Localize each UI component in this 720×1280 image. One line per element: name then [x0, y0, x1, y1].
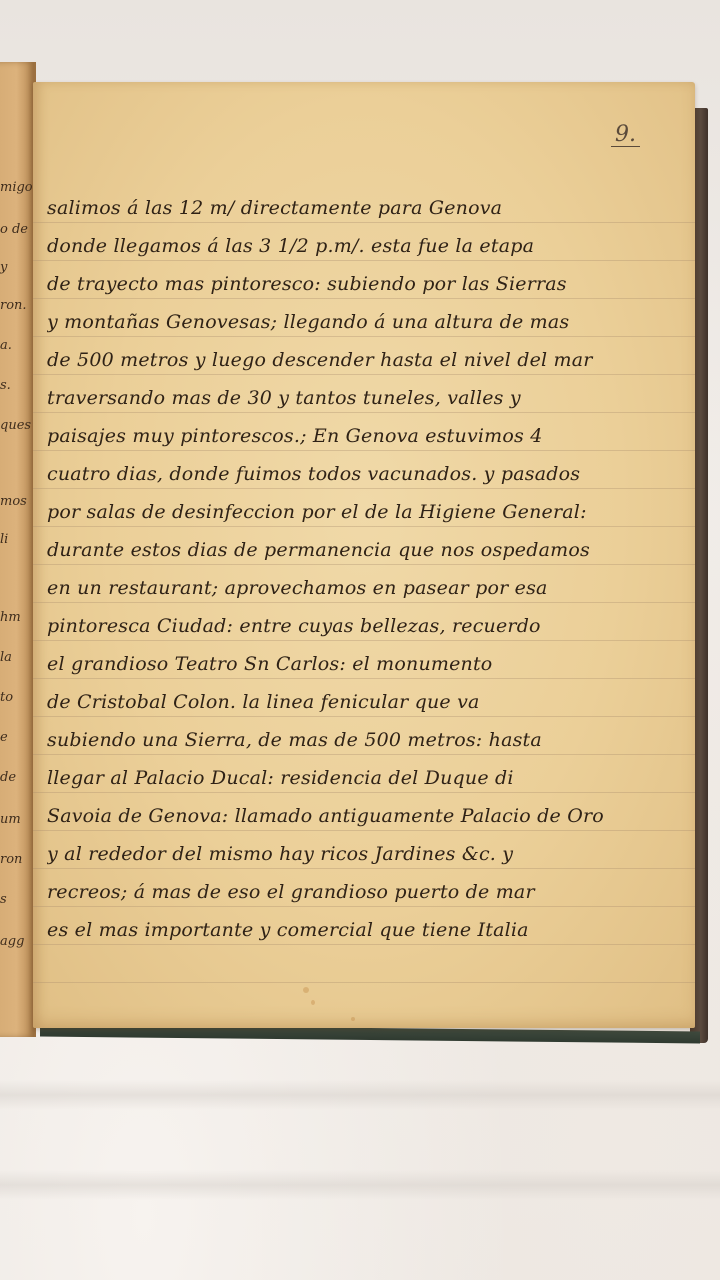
- handwritten-line: de Cristobal Colon. la linea fenicular q…: [47, 688, 687, 716]
- left-page-fragment: la: [0, 650, 36, 665]
- left-page-fragment: s: [0, 892, 36, 907]
- ruled-line: [33, 906, 695, 907]
- left-page-fragment: s.: [0, 378, 36, 393]
- handwritten-line: por salas de desinfeccion por el de la H…: [47, 498, 687, 526]
- ruled-line: [33, 526, 695, 527]
- paper-stain: [303, 987, 309, 993]
- left-page-fragment: de: [0, 770, 36, 785]
- handwritten-line: cuatro dias, donde fuimos todos vacunado…: [47, 460, 687, 488]
- left-page-fragment: a.: [0, 338, 36, 353]
- handwritten-line: de 500 metros y luego descender hasta el…: [47, 346, 687, 374]
- left-page-fragment: y: [0, 260, 36, 275]
- left-page-fragment: to: [0, 690, 36, 705]
- handwritten-line: donde llegamos á las 3 1/2 p.m/. esta fu…: [47, 232, 687, 260]
- left-page-edge: migo. o de y ron. a. s. ques mos li hm l…: [0, 62, 36, 1037]
- ruled-line: [33, 336, 695, 337]
- ruled-line: [33, 754, 695, 755]
- paper-stain: [311, 1000, 315, 1005]
- ruled-line: [33, 450, 695, 451]
- paper-stain: [351, 1017, 355, 1021]
- left-page-fragment: o de: [0, 222, 36, 237]
- handwritten-line: durante estos dias de permanencia que no…: [47, 536, 687, 564]
- ruled-line: [33, 792, 695, 793]
- left-page-fragment: agg: [0, 934, 36, 949]
- ruled-line: [33, 640, 695, 641]
- notebook-page: 9. salimos á las 12 m/ directamente para…: [33, 82, 695, 1028]
- left-page-fragment: hm: [0, 610, 36, 625]
- ruled-line: [33, 602, 695, 603]
- left-page-fragment: li: [0, 532, 36, 547]
- handwritten-line: paisajes muy pintorescos.; En Genova est…: [47, 422, 687, 450]
- left-page-fragment: migo.: [0, 180, 36, 195]
- ruled-line: [33, 944, 695, 945]
- cloth-fold: [0, 1170, 720, 1200]
- left-page-fragment: um: [0, 812, 36, 827]
- ruled-line: [33, 830, 695, 831]
- handwritten-line: Savoia de Genova: llamado antiguamente P…: [47, 802, 687, 830]
- handwritten-line: es el mas importante y comercial que tie…: [47, 916, 687, 944]
- ruled-line: [33, 488, 695, 489]
- handwritten-line: en un restaurant; aprovechamos en pasear…: [47, 574, 687, 602]
- ruled-line: [33, 374, 695, 375]
- handwritten-line: el grandioso Teatro Sn Carlos: el monume…: [47, 650, 687, 678]
- ruled-line: [33, 716, 695, 717]
- page-number: 9.: [611, 124, 640, 147]
- left-page-fragment: e: [0, 730, 36, 745]
- ruled-line: [33, 260, 695, 261]
- ruled-line: [33, 298, 695, 299]
- handwritten-line: y montañas Genovesas; llegando á una alt…: [47, 308, 687, 336]
- handwritten-line: salimos á las 12 m/ directamente para Ge…: [47, 194, 687, 222]
- ruled-line: [33, 868, 695, 869]
- left-page-fragment: ques: [0, 418, 36, 433]
- ruled-line: [33, 412, 695, 413]
- left-page-fragment: mos: [0, 494, 36, 509]
- handwritten-line: de trayecto mas pintoresco: subiendo por…: [47, 270, 687, 298]
- left-page-fragment: ron: [0, 852, 36, 867]
- handwritten-line: pintoresca Ciudad: entre cuyas bellezas,…: [47, 612, 687, 640]
- handwritten-line: subiendo una Sierra, de mas de 500 metro…: [47, 726, 687, 754]
- handwritten-line: traversando mas de 30 y tantos tuneles, …: [47, 384, 687, 412]
- handwritten-line: y al rededor del mismo hay ricos Jardine…: [47, 840, 687, 868]
- ruled-line: [33, 678, 695, 679]
- cloth-fold: [0, 1080, 720, 1110]
- ruled-line: [33, 222, 695, 223]
- handwritten-line: recreos; á mas de eso el grandioso puert…: [47, 878, 687, 906]
- handwritten-line: llegar al Palacio Ducal: residencia del …: [47, 764, 687, 792]
- ruled-line: [33, 982, 695, 983]
- ruled-line: [33, 564, 695, 565]
- left-page-fragment: ron.: [0, 298, 36, 313]
